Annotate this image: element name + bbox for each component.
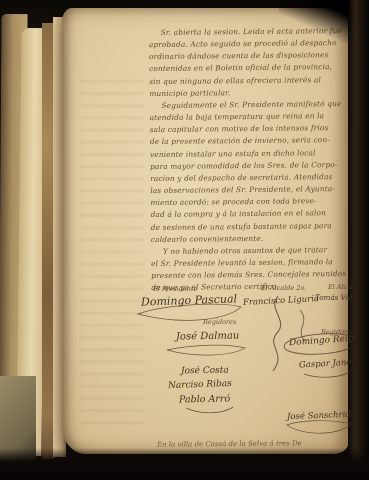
- signature-jose-costa: José Costa: [181, 366, 229, 377]
- text-line: de sesiones de una estufa bastante capaz…: [151, 219, 354, 233]
- text-line: las observaciones del Sr. Presidente, el…: [150, 183, 353, 197]
- manuscript-photo: Sr. abierta la sesion. Leida el acta ant…: [0, 0, 369, 480]
- text-line: presente con los demás Sres. Concejales …: [151, 268, 354, 282]
- text-line: contenidas en el Boletin oficial de la p…: [149, 61, 352, 75]
- signature-pablo-arro: Pablo Arró: [179, 394, 230, 406]
- signature-jose-dalmau: José Dalmau: [176, 330, 240, 342]
- manuscript-text: Sr. abierta la sesion. Leida el acta ant…: [149, 25, 355, 295]
- ink-showthrough: [80, 72, 144, 428]
- table-surface: [0, 448, 369, 480]
- label-el-alcalde-2: El Alcalde 2o.: [261, 284, 306, 292]
- paragraph-2: Seguidamente el Sr. Presidente manifestó…: [149, 98, 354, 246]
- text-line: de la presente estación de invierno, ser…: [150, 134, 353, 148]
- right-gutter-shadow: [348, 0, 369, 480]
- label-el-presidente: El Presidente: [153, 285, 197, 293]
- label-regidores-left: Regidores: [203, 318, 236, 326]
